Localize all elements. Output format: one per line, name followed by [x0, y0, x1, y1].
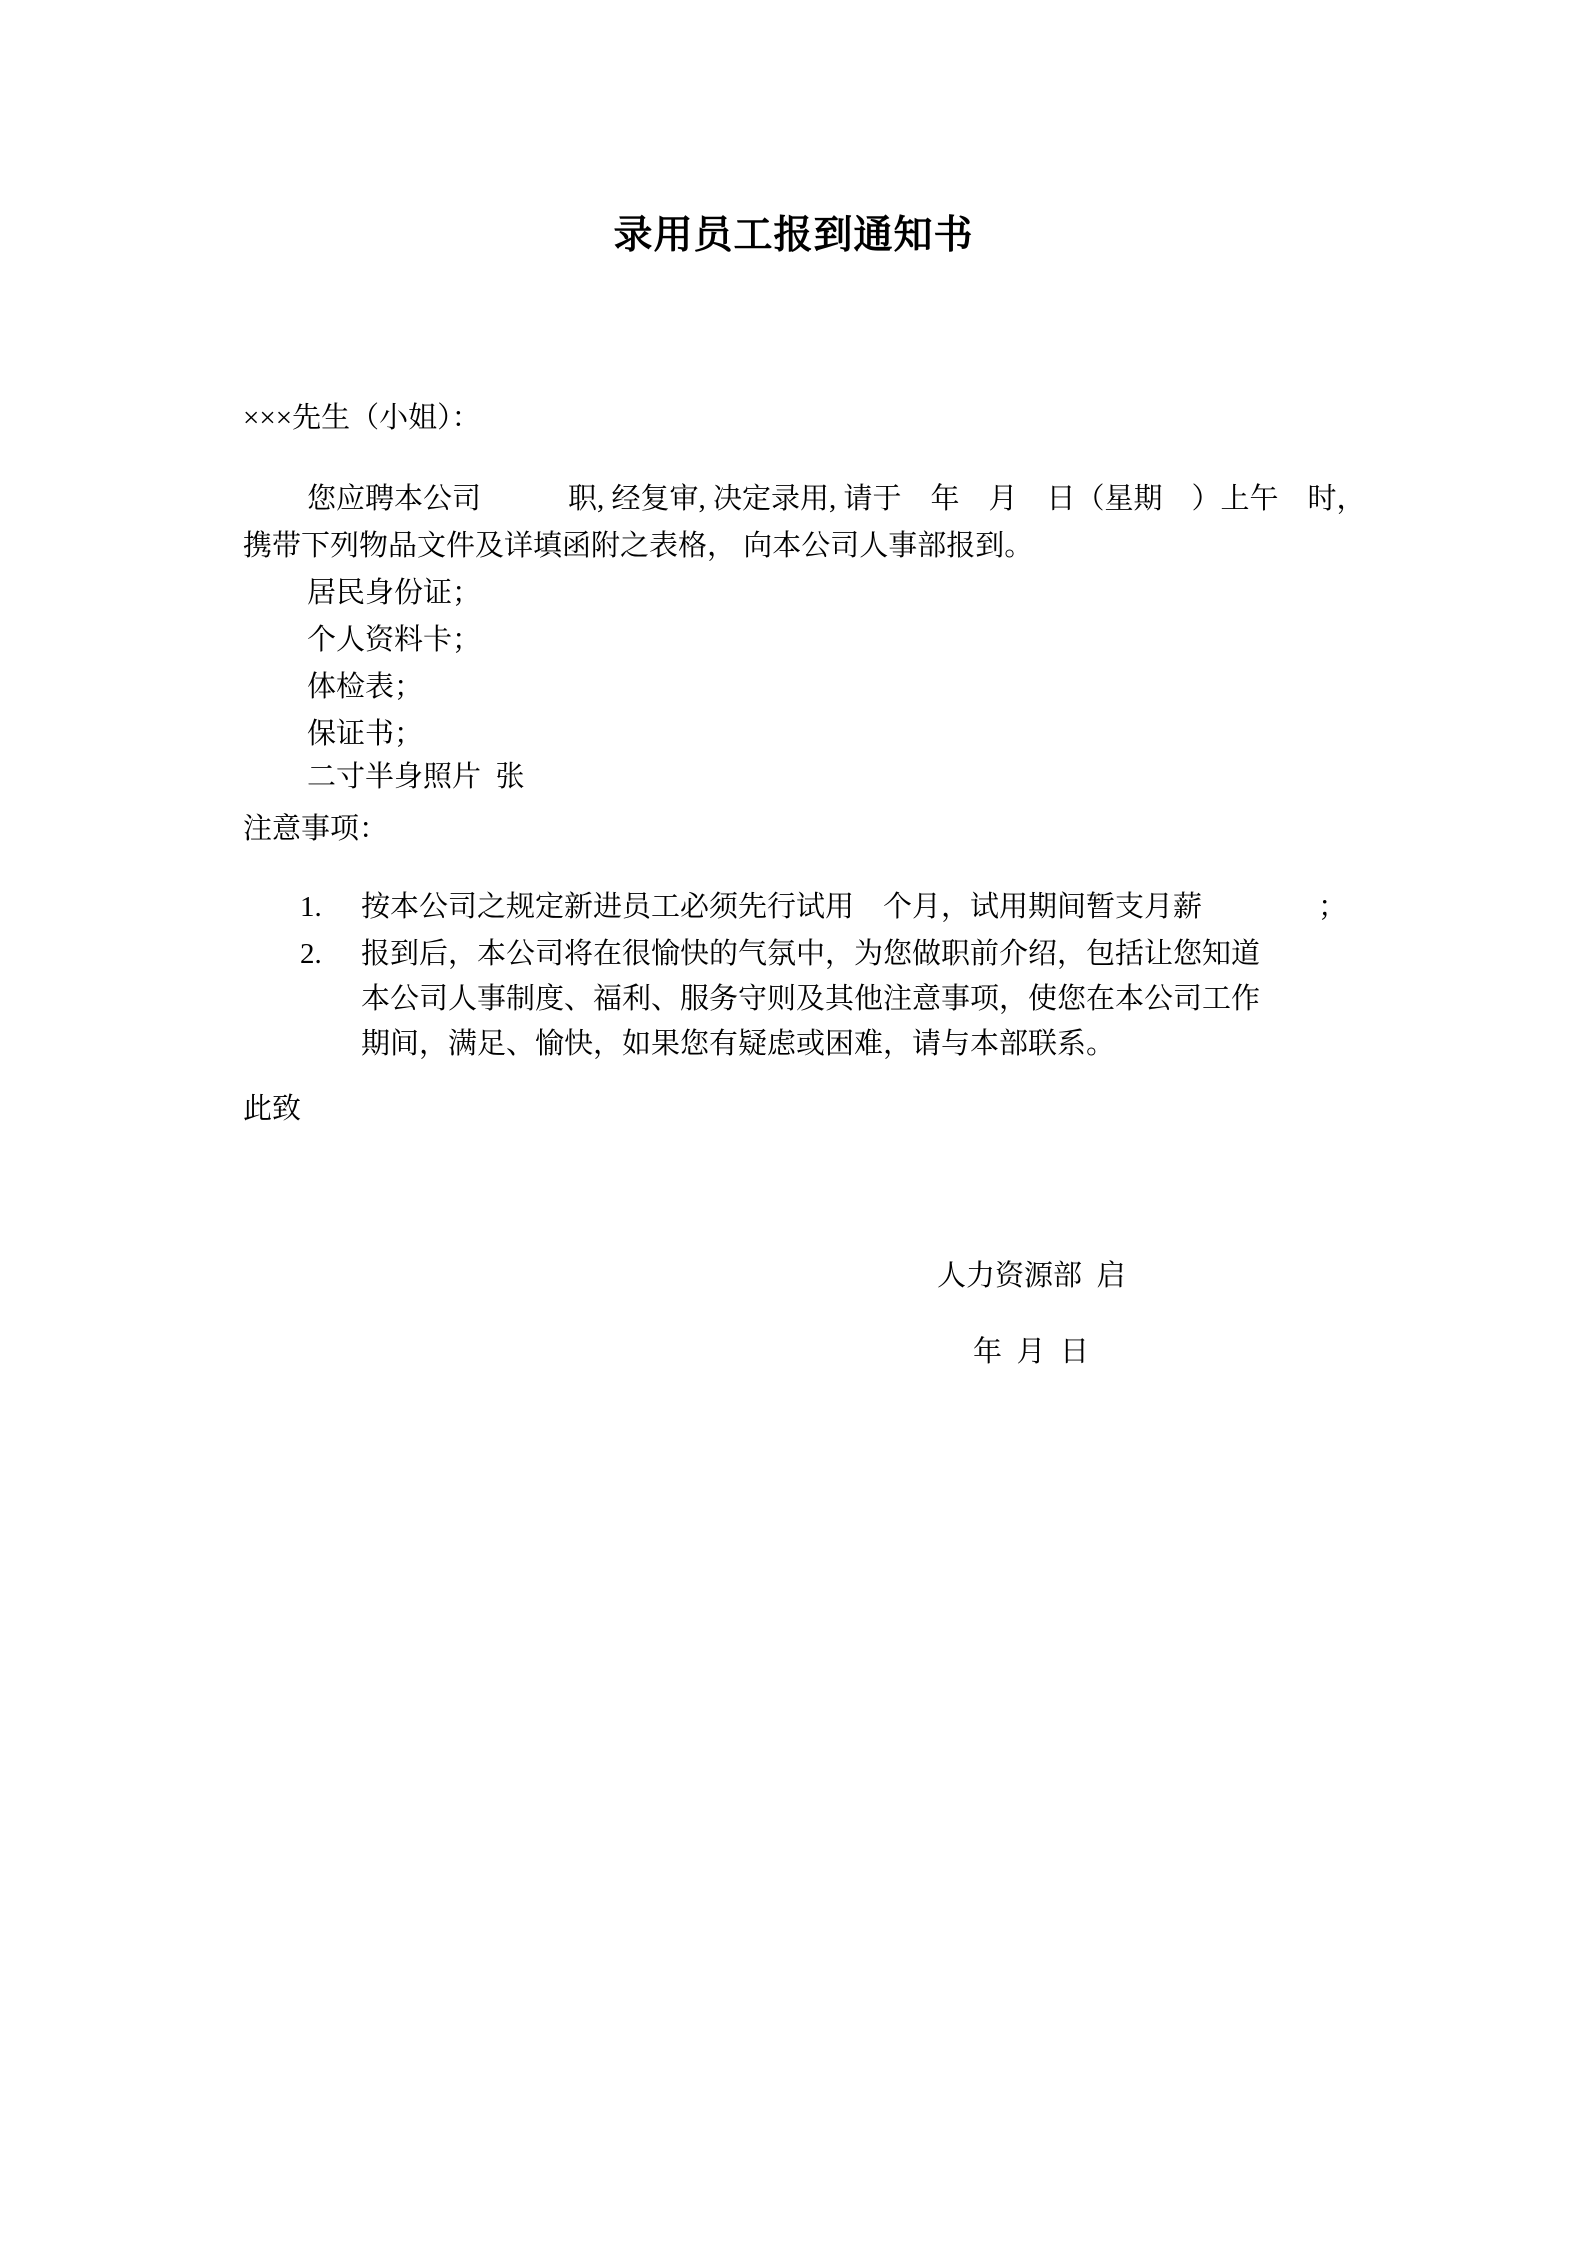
note-1-text: 按本公司之规定新进员工必须先行试用 个月，试用期间暂支月薪 ； — [361, 884, 1347, 931]
checklist-item-id-card: 居民身份证； — [307, 570, 481, 617]
checklist-item-medical-form: 体检表； — [307, 664, 423, 711]
note-2-text-line-1: 报到后，本公司将在很愉快的气氛中，为您做职前介绍，包括让您知道 — [361, 931, 1260, 978]
notes-heading: 注意事项： — [243, 806, 388, 853]
note-2-text-line-2: 本公司人事制度、福利、服务守则及其他注意事项，使您在本公司工作 — [361, 976, 1260, 1023]
document-title: 录用员工报到通知书 — [0, 206, 1587, 266]
closing-line: 此致 — [243, 1086, 301, 1133]
document-page: 录用员工报到通知书 ×××先生（小姐）： 您应聘本公司 职, 经复审, 决定录用… — [0, 0, 1587, 2245]
note-2-number: 2. — [300, 931, 322, 978]
note-1-number: 1. — [300, 884, 322, 931]
note-2-text-line-3: 期间，满足、愉快，如果您有疑虑或困难，请与本部联系。 — [361, 1021, 1115, 1068]
checklist-item-photos: 二寸半身照片 张 — [307, 754, 525, 801]
checklist-item-guarantee-letter: 保证书； — [307, 711, 423, 758]
date-line: 年 月 日 — [973, 1329, 1089, 1376]
checklist-item-personal-data-card: 个人资料卡； — [307, 617, 481, 664]
salutation-line: ×××先生（小姐）： — [243, 395, 481, 442]
body-paragraph-line-1: 您应聘本公司 职, 经复审, 决定录用, 请于 年 月 日（星期 ）上午 时， — [307, 476, 1366, 523]
body-paragraph-line-2: 携带下列物品文件及详填函附之表格， 向本公司人事部报到。 — [243, 523, 1033, 570]
signature-line: 人力资源部 启 — [937, 1253, 1126, 1300]
